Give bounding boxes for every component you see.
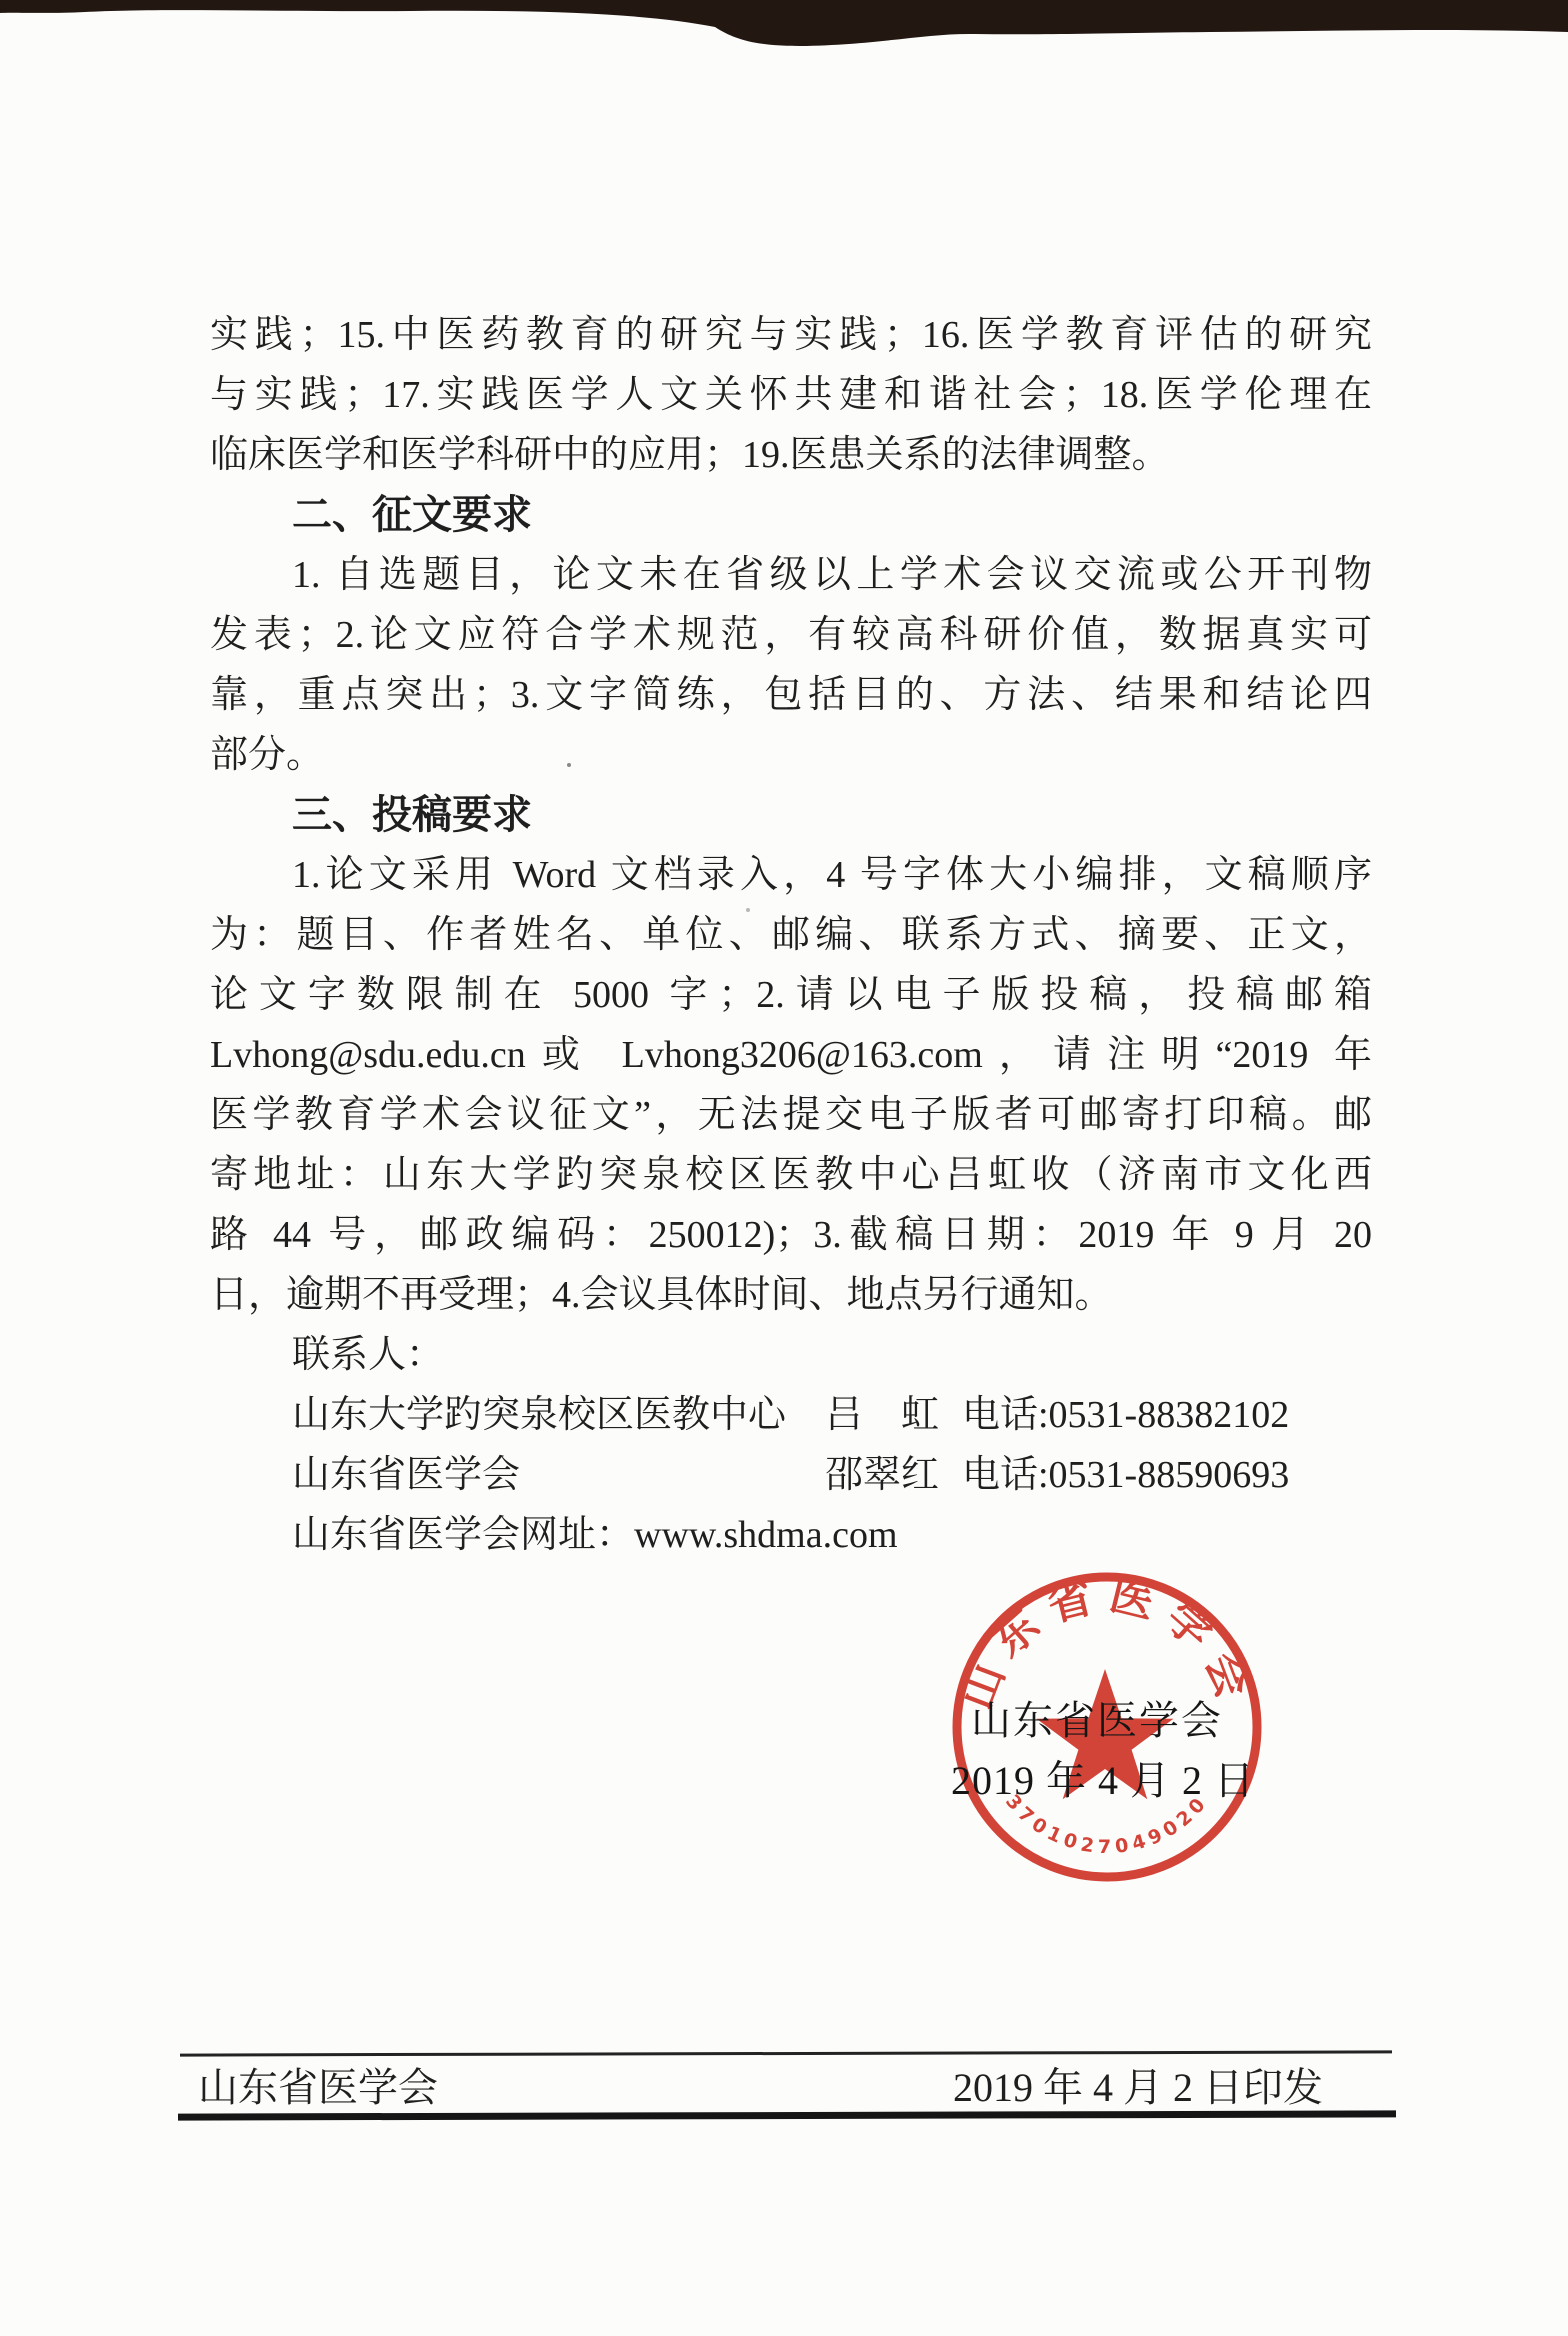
text-line: 寄地址：山东大学趵突泉校区医教中心吕虹收（济南市文化西	[210, 1145, 1372, 1205]
scan-speck	[746, 908, 750, 912]
text-line: 医学教育学术会议征文”，无法提交电子版者可邮寄打印稿。邮	[210, 1085, 1372, 1145]
text-line: 为：题目、作者姓名、单位、邮编、联系方式、摘要、正文，	[210, 905, 1372, 965]
text-line: 靠，重点突出；3.文字简练，包括目的、方法、结果和结论四	[210, 665, 1372, 725]
text-line: 发表；2.论文应符合学术规范，有较高科研价值，数据真实可	[210, 605, 1372, 665]
text-line: 部分。	[210, 725, 1372, 785]
scanned-document-page: { "page": { "background": "#fcfcfb", "in…	[0, 0, 1568, 2336]
footer-print-date: 2019 年 4 月 2 日印发	[953, 2066, 1323, 2110]
footer-rule-top	[180, 2050, 1392, 2056]
text-line: Lvhong@sdu.edu.cn或 Lvhong3206@163.com，请注…	[210, 1025, 1372, 1085]
contact-row: 山东省医学会 邵翠红 电话:0531-88590693	[210, 1445, 1372, 1505]
scan-top-edge	[0, 0, 1568, 60]
text-line: 实践；15.中医药教育的研究与实践；16.医学教育评估的研究	[210, 305, 1372, 365]
footer-rule-bottom	[178, 2110, 1396, 2120]
text-line: 与实践；17.实践医学人文关怀共建和谐社会；18.医学伦理在	[210, 365, 1372, 425]
text-line: 临床医学和医学科研中的应用；19.医患关系的法律调整。	[210, 425, 1372, 485]
scan-speck	[567, 763, 571, 767]
contact-phone: 电话:0531-88590693	[962, 1445, 1289, 1505]
contact-person: 吕 虹	[825, 1385, 939, 1445]
contact-phone: 电话:0531-88382102	[962, 1385, 1289, 1445]
text-line: 1. 自选题目，论文未在省级以上学术会议交流或公开刊物	[210, 545, 1372, 605]
section-heading: 三、投稿要求	[210, 785, 1372, 845]
contact-org: 山东省医学会	[292, 1445, 520, 1505]
text-line: 日，逾期不再受理；4.会议具体时间、地点另行通知。	[210, 1265, 1372, 1325]
section-heading: 二、征文要求	[210, 485, 1372, 545]
contact-org: 山东大学趵突泉校区医教中心	[292, 1385, 786, 1445]
scan-top-edge-shape	[0, 0, 1568, 46]
body-lines: 实践；15.中医药教育的研究与实践；16.医学教育评估的研究与实践；17.实践医…	[210, 305, 1372, 1385]
text-line: 联系人：	[210, 1325, 1372, 1385]
text-line: 路 44 号，邮政编码：250012)；3.截稿日期：2019 年 9 月 20	[210, 1205, 1372, 1265]
text-line: 论文字数限制在 5000 字；2.请以电子版投稿，投稿邮箱	[210, 965, 1372, 1025]
contact-row: 山东大学趵突泉校区医教中心 吕 虹 电话:0531-88382102	[210, 1385, 1372, 1445]
signature-org: 山东省医学会	[971, 1701, 1223, 1741]
document-body: 实践；15.中医药教育的研究与实践；16.医学教育评估的研究与实践；17.实践医…	[210, 305, 1372, 1565]
text-line: 1.论文采用 Word 文档录入，4 号字体大小编排，文稿顺序	[210, 845, 1372, 905]
signature-date: 2019 年 4 月 2 日	[951, 1761, 1255, 1801]
footer-issuer: 山东省医学会	[198, 2066, 438, 2110]
contact-person: 邵翠红	[825, 1445, 939, 1505]
